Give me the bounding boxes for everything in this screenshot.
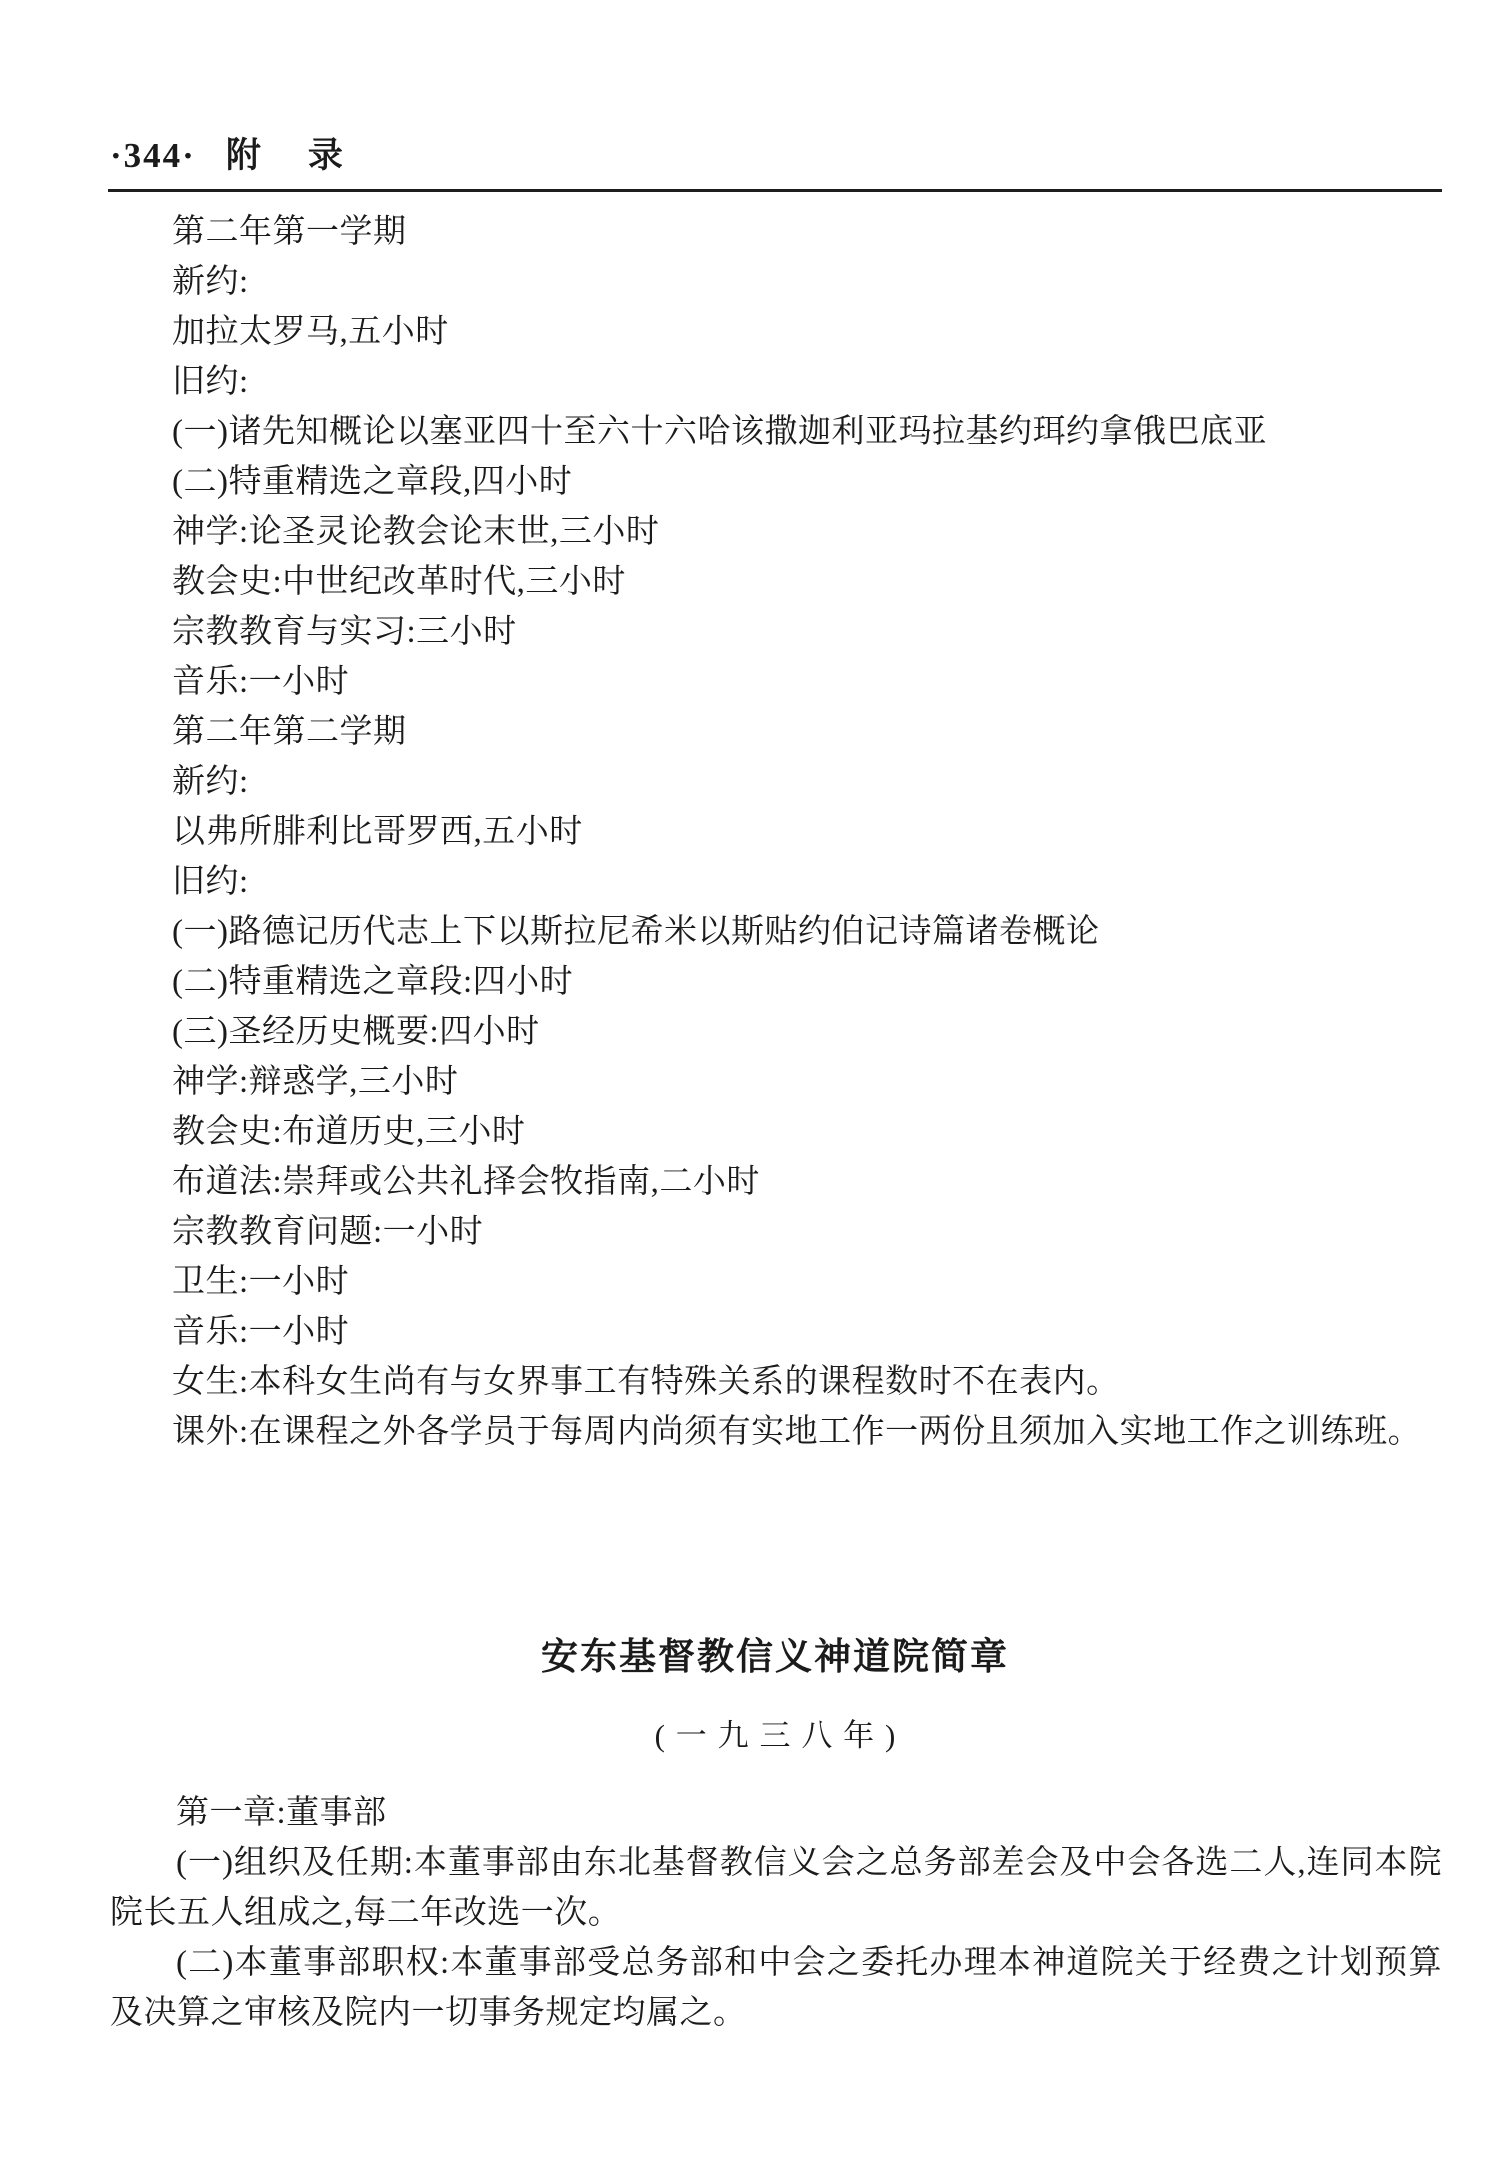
course-line: 课外:在课程之外各学员于每周内尚须有实地工作一两份且须加入实地工作之训练班。	[172, 1407, 1452, 1457]
course-line: 教会史:布道历史,三小时	[172, 1107, 1452, 1157]
course-line: 以弗所腓利比哥罗西,五小时	[172, 807, 1452, 857]
course-line: 旧约:	[172, 357, 1452, 407]
charter-paragraph: (二)本董事部职权:本董事部受总务部和中会之委托办理本神道院关于经费之计划预算及…	[110, 1938, 1442, 2038]
page-header: ·344·附 录	[110, 128, 349, 178]
charter-paragraph: 第一章:董事部	[110, 1788, 1442, 1838]
course-line: 布道法:崇拜或公共礼择会牧指南,二小时	[172, 1157, 1452, 1207]
course-line: 旧约:	[172, 857, 1452, 907]
course-line: 神学:辩惑学,三小时	[172, 1057, 1452, 1107]
charter-title: 安东基督教信义神道院简章	[110, 1626, 1440, 1680]
section-label: 附 录	[226, 136, 349, 175]
header-rule	[108, 189, 1442, 192]
course-line: 新约:	[172, 257, 1452, 307]
course-line: 教会史:中世纪改革时代,三小时	[172, 557, 1452, 607]
course-line: 神学:论圣灵论教会论末世,三小时	[172, 507, 1452, 557]
charter-body: 第一章:董事部(一)组织及任期:本董事部由东北基督教信义会之总务部差会及中会各选…	[110, 1788, 1442, 2038]
course-line: 女生:本科女生尚有与女界事工有特殊关系的课程数时不在表内。	[172, 1357, 1452, 1407]
course-line: (三)圣经历史概要:四小时	[172, 1007, 1452, 1057]
charter-year: (一九三八年)	[110, 1710, 1440, 1755]
course-schedule: 第二年第一学期新约:加拉太罗马,五小时旧约:(一)诸先知概论以塞亚四十至六十六哈…	[172, 207, 1452, 1457]
course-line: 第二年第一学期	[172, 207, 1452, 257]
course-line: (一)路德记历代志上下以斯拉尼希米以斯贴约伯记诗篇诸卷概论	[172, 907, 1452, 957]
course-line: 音乐:一小时	[172, 1307, 1452, 1357]
course-line: 第二年第二学期	[172, 707, 1452, 757]
course-line: 音乐:一小时	[172, 657, 1452, 707]
course-line: (二)特重精选之章段,四小时	[172, 457, 1452, 507]
course-line: 宗教教育与实习:三小时	[172, 607, 1452, 657]
course-line: (二)特重精选之章段:四小时	[172, 957, 1452, 1007]
charter-paragraph: (一)组织及任期:本董事部由东北基督教信义会之总务部差会及中会各选二人,连同本院…	[110, 1838, 1442, 1938]
course-line: 宗教教育问题:一小时	[172, 1207, 1452, 1257]
book-page: ·344·附 录 第二年第一学期新约:加拉太罗马,五小时旧约:(一)诸先知概论以…	[0, 0, 1500, 2180]
course-line: 新约:	[172, 757, 1452, 807]
page-number: ·344·	[110, 136, 196, 175]
course-line: 加拉太罗马,五小时	[172, 307, 1452, 357]
course-line: (一)诸先知概论以塞亚四十至六十六哈该撒迦利亚玛拉基约珥约拿俄巴底亚	[172, 407, 1452, 457]
course-line: 卫生:一小时	[172, 1257, 1452, 1307]
